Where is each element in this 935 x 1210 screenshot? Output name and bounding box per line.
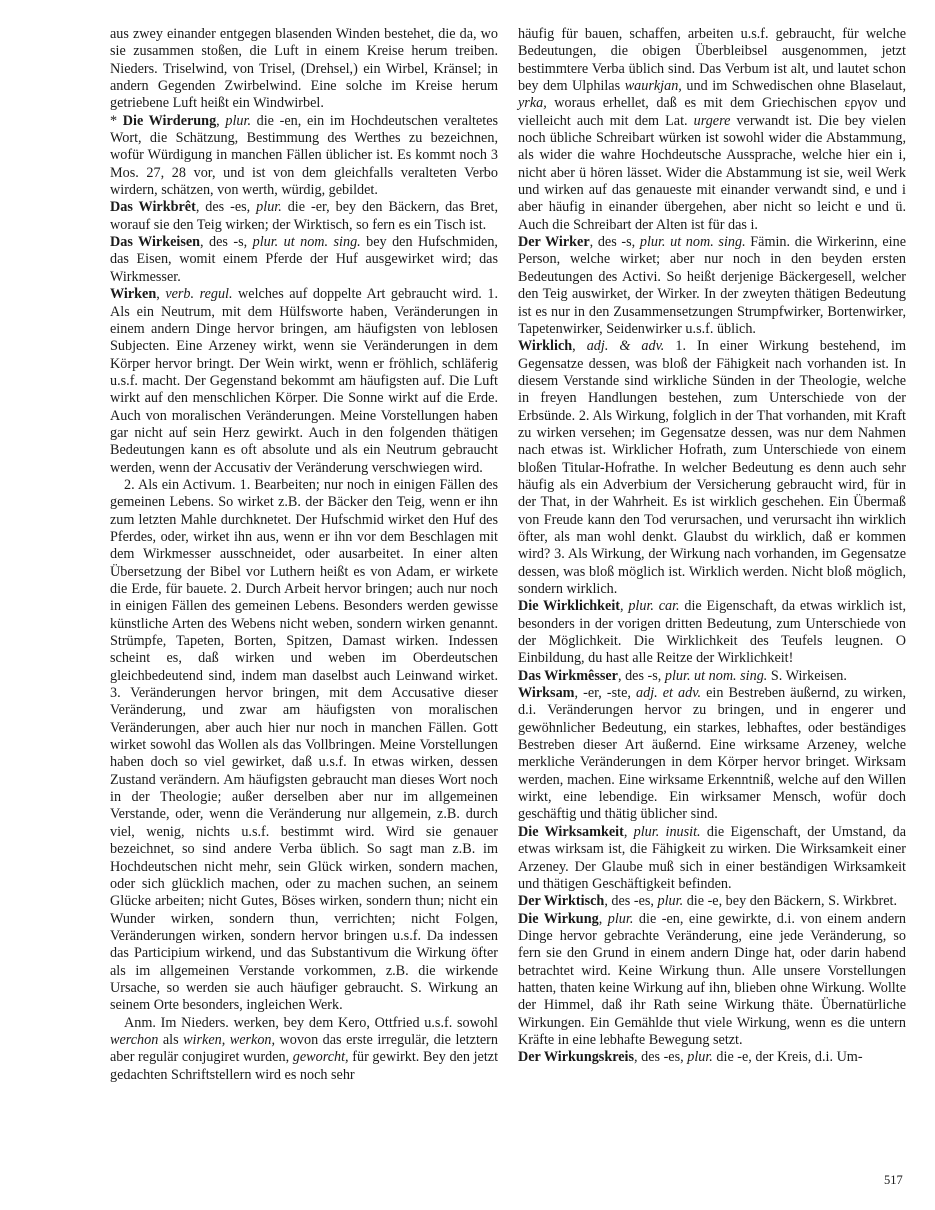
grammar-note: plur. [256,199,282,215]
grammar-note: plur. ut nom. sing. [640,234,746,250]
dictionary-page: aus zwey einander entgegen blasenden Win… [0,0,935,1210]
obsolete-marker: * [110,113,123,129]
inflection: , des -s, [618,668,665,684]
old-form: wirken, werkon, [183,1032,275,1048]
grammar-note: plur. ut nom. sing. [665,668,767,684]
entry-body: die -en, eine gewirkte, d.i. von einem a… [518,911,906,1048]
headword: Wirksam [518,685,575,701]
headword: Das Wirkmêsser [518,668,618,684]
entry-body: die -e, bey den Bäckern, S. Wirkbret. [683,893,897,909]
entry-wirksam: Wirksam, -er, -ste, adj. et adv. ein Bes… [518,685,906,824]
grammar-note: adj. et adv. [636,685,701,701]
headword: Die Wirderung [123,113,216,129]
annotation-text: Anm. Im Nieders. werken, bey dem Kero, O… [124,1015,498,1031]
entry-body: S. Wirkeisen. [767,668,847,684]
entry-wirkung: Die Wirkung, plur. die -en, eine gewirkt… [518,911,906,1050]
entry-wirkeisen: Das Wirkeisen, des -s, plur. ut nom. sin… [110,234,498,286]
gothic-form: waurkjan, [625,78,682,94]
continued-entry-text: aus zwey einander entgegen blasenden Win… [110,26,498,113]
inflection: , des -s, [590,234,640,250]
latin-form: urgere [694,113,731,129]
grammar-note: plur. inusit. [634,824,701,840]
headword: Der Wirkungskreis [518,1049,634,1065]
entry-wirken: Wirken, verb. regul. welches auf doppelt… [110,286,498,477]
old-form: werchon [110,1032,158,1048]
grammar-note: plur. [608,911,634,927]
swedish-form: yrka, [518,95,547,111]
entry-body: ein Bestreben äußernd, zu wirken, d.i. V… [518,685,906,822]
separator: , [156,286,165,302]
headword: Die Wirklichkeit [518,598,620,614]
inflection: , des -s, [200,234,253,250]
old-form: geworcht, [293,1049,349,1065]
headword: Das Wirkeisen [110,234,200,250]
grammar-note: plur. car. [628,598,679,614]
entry-wirklichkeit: Die Wirklichkeit, plur. car. die Eigensc… [518,598,906,667]
grammar-note: plur. ut nom. sing. [253,234,361,250]
left-column: aus zwey einander entgegen blasenden Win… [110,26,498,1084]
grammar-note: plur. [225,113,251,129]
grammar-note: plur. [658,893,684,909]
entry-wirklich: Wirklich, adj. & adv. 1. In einer Wirkun… [518,338,906,598]
entry-wirksamkeit: Die Wirksamkeit, plur. inusit. die Eigen… [518,824,906,893]
entry-wirker: Der Wirker, des -s, plur. ut nom. sing. … [518,234,906,338]
entry-body: die -e, der Kreis, d.i. Um- [713,1049,863,1065]
annotation-text: und im Schwedischen ohne Blaselaut, [682,78,906,94]
separator: , [572,338,587,354]
entry-wirkungskreis: Der Wirkungskreis, des -es, plur. die -e… [518,1049,906,1066]
annotation-text: als [158,1032,183,1048]
entry-body: 1. In einer Wirkung bestehend, im Gegens… [518,338,906,597]
grammar-note: adj. & adv. [587,338,665,354]
separator: , [624,824,634,840]
entry-wirkmesser: Das Wirkmêsser, des -s, plur. ut nom. si… [518,668,906,685]
entry-wirkbret: Das Wirkbrêt, des -es, plur. die -er, be… [110,199,498,234]
separator: , [216,113,225,129]
inflection: , -er, -ste, [575,685,637,701]
grammar-note: verb. regul. [165,286,232,302]
entry-body: aus zwey einander entgegen blasenden Win… [110,26,498,111]
inflection: , des -es, [196,199,256,215]
headword: Wirken [110,286,156,302]
headword: Die Wirksamkeit [518,824,624,840]
inflection: , des -es, [604,893,657,909]
entry-wirderung: * Die Wirderung, plur. die -en, ein im H… [110,113,498,200]
headword: Das Wirkbrêt [110,199,196,215]
separator: , [599,911,608,927]
headword: Der Wirktisch [518,893,604,909]
inflection: , des -es, [634,1049,687,1065]
page-number: 517 [884,1172,903,1189]
entry-wirktisch: Der Wirktisch, des -es, plur. die -e, be… [518,893,906,910]
continued-annotation: häufig für bauen, schaffen, arbeiten u.s… [518,26,906,234]
headword: Die Wirkung [518,911,599,927]
entry-wirken-annotation: Anm. Im Nieders. werken, bey dem Kero, O… [110,1015,498,1084]
headword: Wirklich [518,338,572,354]
headword: Der Wirker [518,234,590,250]
entry-body: 2. Als ein Activum. 1. Bearbeiten; nur n… [110,477,498,1013]
entry-wirken-activum: 2. Als ein Activum. 1. Bearbeiten; nur n… [110,477,498,1015]
entry-body: welches auf doppelte Art gebraucht wird.… [110,286,498,475]
annotation-text: verwandt ist. Die bey vielen noch üblich… [518,113,906,233]
right-column: häufig für bauen, schaffen, arbeiten u.s… [518,26,906,1067]
grammar-note: plur. [687,1049,713,1065]
